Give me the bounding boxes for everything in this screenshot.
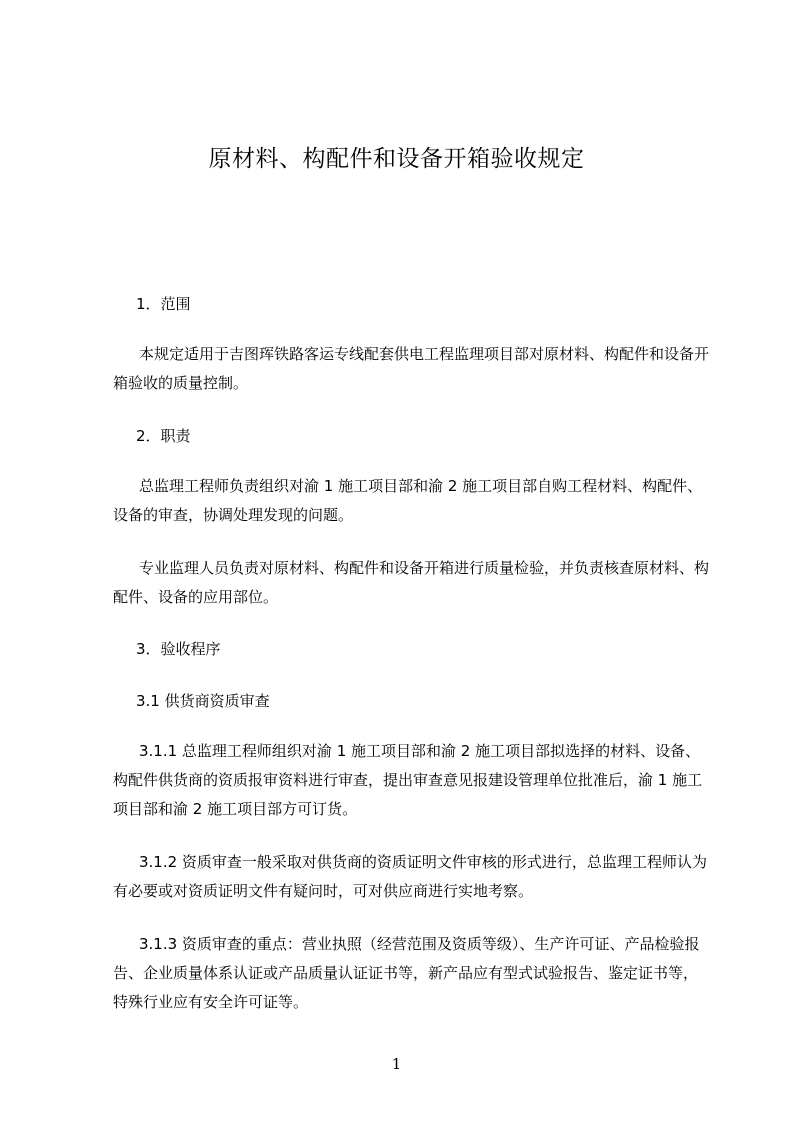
page-number: 1: [0, 1055, 793, 1073]
paragraph: 3.1.2 资质审查一般采取对供货商的资质证明文件审核的形式进行，总监理工程师认…: [113, 848, 711, 906]
paragraph: 专业监理人员负责对原材料、构配件和设备开箱进行质量检验，并负责核查原材料、构配件…: [113, 554, 711, 612]
paragraph: 本规定适用于吉图珲铁路客运专线配套供电工程监理项目部对原材料、构配件和设备开箱验…: [113, 340, 711, 398]
page-title: 原材料、构配件和设备开箱验收规定: [0, 140, 793, 173]
paragraph: 3.1.3 资质审查的重点：营业执照（经营范围及资质等级）、生产许可证、产品检验…: [113, 930, 711, 1017]
section-heading-procedure: 3．验收程序: [136, 638, 221, 659]
subsection-heading: 3.1 供货商资质审查: [136, 690, 270, 711]
paragraph: 3.1.1 总监理工程师组织对渝 1 施工项目部和渝 2 施工项目部拟选择的材料…: [113, 737, 711, 824]
paragraph: 总监理工程师负责组织对渝 1 施工项目部和渝 2 施工项目部自购工程材料、构配件…: [113, 472, 711, 530]
section-heading-scope: 1．范围: [136, 293, 191, 314]
section-heading-duties: 2．职责: [136, 425, 191, 446]
